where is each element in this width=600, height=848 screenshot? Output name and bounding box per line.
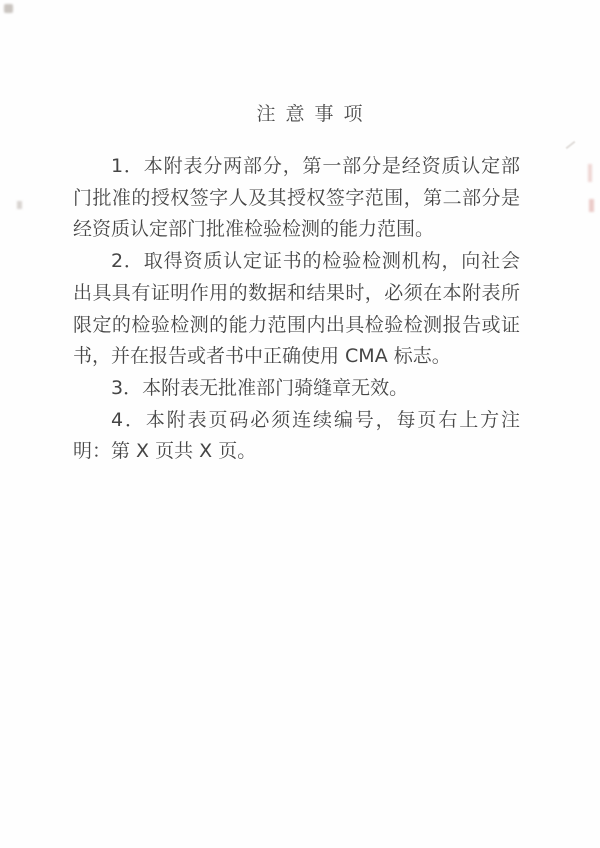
document-page: 注 意 事 项 1．本附表分两部分，第一部分是经资质认定部门批准的授权签字人及其…: [0, 0, 600, 848]
paragraph-2: 2．取得资质认定证书的检验检测机构，向社会出具具有证明作用的数据和结果时，必须在…: [73, 246, 520, 373]
scan-speck-right-upper: [588, 164, 592, 182]
paragraph-4: 4．本附表页码必须连续编号，每页右上方注明：第 X 页共 X 页。: [73, 405, 520, 468]
scan-smudge-top-left: [4, 4, 13, 13]
scan-mark-left-edge: [17, 201, 22, 209]
paragraph-1: 1．本附表分两部分，第一部分是经资质认定部门批准的授权签字人及其授权签字范围，第…: [73, 151, 520, 246]
scan-speck-right-lower: [589, 199, 594, 212]
document-body: 1．本附表分两部分，第一部分是经资质认定部门批准的授权签字人及其授权签字范围，第…: [73, 151, 520, 468]
paragraph-3: 3．本附表无批准部门骑缝章无效。: [73, 373, 520, 405]
scan-slash-top-right: [566, 141, 576, 149]
document-title: 注 意 事 项: [87, 99, 534, 126]
